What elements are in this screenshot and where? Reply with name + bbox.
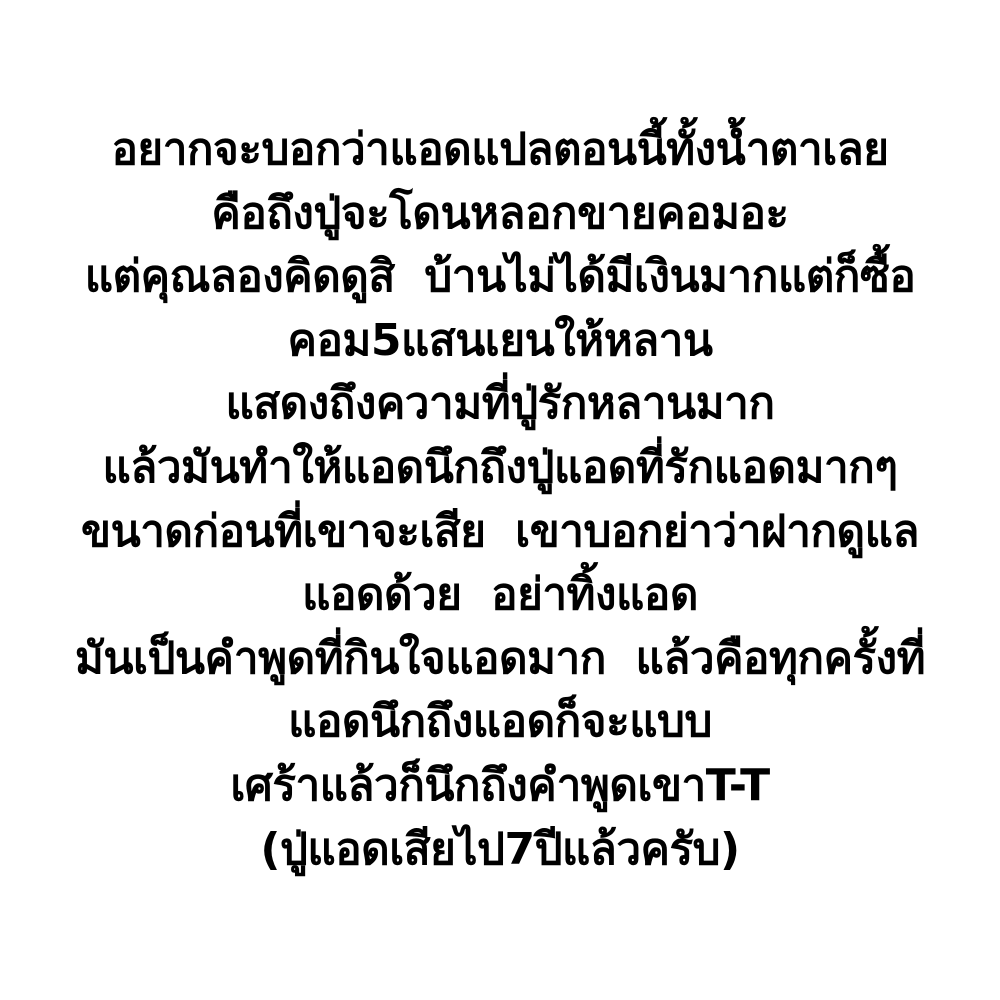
text-line-3: แต่คุณลองคิดดูสิ บ้านไม่ได้มีเงินมากแต่ก… bbox=[0, 245, 1000, 309]
text-line-6: แล้วมันทำให้แอดนึกถึงปู่แอดที่รักแอดมากๆ bbox=[0, 436, 1000, 500]
text-line-1: อยากจะบอกว่าแอดแปลตอนนี้ทั้งน้ำตาเลย bbox=[0, 118, 1000, 182]
text-line-10: แอดนึกถึงแอดก็จะแบบ bbox=[0, 690, 1000, 754]
message-text-block: อยากจะบอกว่าแอดแปลตอนนี้ทั้งน้ำตาเลย คือ… bbox=[0, 118, 1000, 881]
text-line-11: เศร้าแล้วก็นึกถึงคำพูดเขาT-T bbox=[0, 754, 1000, 818]
text-line-9: มันเป็นคำพูดที่กินใจแอดมาก แล้วคือทุกครั… bbox=[0, 627, 1000, 691]
text-line-8: แอดด้วย อย่าทิ้งแอด bbox=[0, 563, 1000, 627]
text-line-5: แสดงถึงความที่ปู่รักหลานมาก bbox=[0, 372, 1000, 436]
text-line-2: คือถึงปู่จะโดนหลอกขายคอมอะ bbox=[0, 182, 1000, 246]
text-line-7: ขนาดก่อนที่เขาจะเสีย เขาบอกย่าว่าฝากดูแล bbox=[0, 500, 1000, 564]
text-line-12: (ปู่แอดเสียไป7ปีแล้วครับ) bbox=[0, 818, 1000, 882]
text-line-4: คอม5แสนเยนให้หลาน bbox=[0, 309, 1000, 373]
